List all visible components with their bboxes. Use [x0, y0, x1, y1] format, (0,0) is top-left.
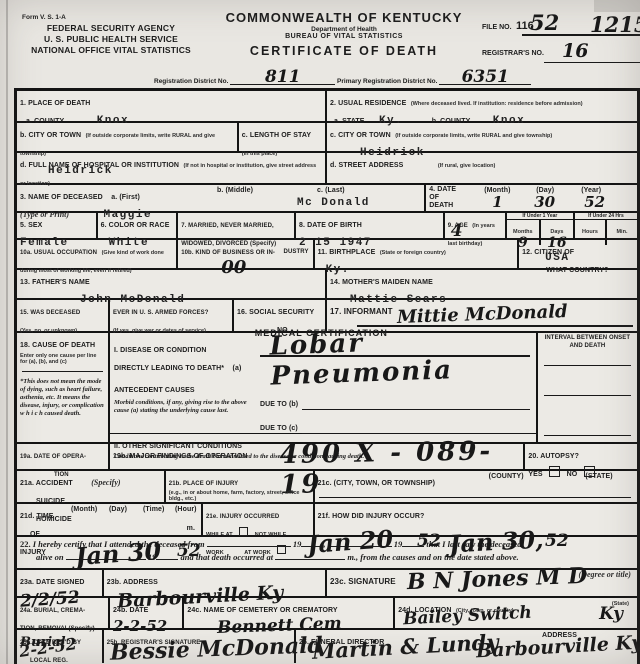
row-burial: 24a. BURIAL, CREMA- TION, REMOVAL(Specif… [17, 598, 637, 630]
mother-label: 14. MOTHER'S MAIDEN NAME [330, 279, 433, 286]
last-name-value: Mc Donald [297, 197, 370, 209]
how-injury-label: 21f. HOW DID INJURY OCCUR? [318, 513, 425, 520]
registrar-number-line: REGISTRAR'S NO. 16 [482, 42, 632, 68]
time-injury-label: 21d. TIME [20, 513, 54, 520]
a-tag: (a) [233, 365, 242, 372]
field-age-under-1yr: If Under 1 Year Months 9 Days 16 [507, 213, 575, 238]
field-burial-type: 24a. BURIAL, CREMA- TION, REMOVAL(Specif… [17, 598, 110, 628]
field-signature: 23c. SIGNATURE (Degree or title) B N Jon… [327, 570, 637, 596]
cause-a-value: Lobar Pneumonia [269, 322, 537, 391]
file-number-line: FILE NO. 116 52 1215 [482, 16, 632, 40]
agency-line-2: U. S. PUBLIC HEALTH SERVICE [16, 34, 206, 45]
under-24h-label: If Under 24 Hrs [575, 213, 637, 220]
row-operation-autopsy: 19a. DATE OF OPERA- TION 19b. MAJOR FIND… [17, 444, 637, 471]
field-address-signed: 23b. ADDRESS Barbourville Ky [104, 570, 327, 596]
medcert-morbid: Morbid conditions, if any, giving rise t… [110, 397, 536, 433]
field-mother-name: 14. MOTHER'S MAIDEN NAME Mattie Sears [327, 270, 637, 298]
field-birthplace: 11. BIRTHPLACE (State or foreign country… [315, 240, 520, 268]
accident-label: 21a. ACCIDENT [20, 480, 73, 487]
row-registrar-funeral: 25a. DATE REC'D BY LOCAL REG. 2-2-52 25b… [17, 630, 637, 663]
name-label: 3. NAME OF DECEASED [20, 194, 103, 201]
field-date-of-operation: 19a. DATE OF OPERA- TION [17, 444, 110, 469]
section-usual-residence: 2. USUAL RESIDENCE (Where deceased lived… [327, 91, 637, 183]
signature-label: 23c. SIGNATURE [330, 577, 396, 586]
time-day-label: (Day) [109, 506, 127, 514]
field-occupation: 10a. USUAL OCCUPATION (Give kind of work… [17, 240, 178, 268]
field-autopsy: 20. AUTOPSY? YES NO [525, 444, 637, 469]
interval-label: INTERVAL BETWEEN ONSET AND DEATH [541, 334, 634, 350]
field-residence-state-county: 2. USUAL RESIDENCE (Where deceased lived… [327, 91, 637, 123]
bureau-subtitle: BUREAU OF VITAL STATISTICS [204, 33, 484, 40]
row-signature: 23a. DATE SIGNED 2/2/52 23b. ADDRESS Bar… [17, 570, 637, 598]
section-medcert-body: MEDICAL CERTIFICATION I. DISEASE OR COND… [110, 333, 538, 442]
last-label: c. (Last) [317, 187, 345, 195]
sex-label: 5. SEX [20, 222, 42, 229]
injury-state-label: (STATE) [585, 473, 612, 481]
date-recd-value: 2-2-52 [18, 634, 78, 661]
registrar-sig-value: Bessie McDonald [109, 632, 323, 664]
certify-from-value: Jan 20 [306, 524, 394, 559]
dept-subtitle: Department of Health [204, 26, 484, 33]
burial-label-1: 24a. BURIAL, CREMA- [20, 608, 85, 614]
document-header: Form V. S. 1-A FEDERAL SECURITY AGENCY U… [14, 6, 634, 88]
registration-district-line: Registration District No. 811 Primary Re… [154, 70, 624, 85]
file-no-handwritten-1: 52 [530, 10, 559, 35]
file-registrar-block: FILE NO. 116 52 1215 REGISTRAR'S NO. 16 [482, 16, 632, 68]
due-c-underline [302, 433, 530, 434]
field-date-signed: 23a. DATE SIGNED 2/2/52 [17, 570, 104, 596]
certify-no: 22. [20, 539, 31, 549]
field-time-of-injury: 21d. TIME (Month) (Day) (Time) (Hour) OF… [17, 504, 203, 535]
dob-label: 8. DATE OF BIRTH [299, 222, 362, 229]
res-city-label: c. CITY OR TOWN [330, 132, 391, 139]
injury-occurred-label: 21e. INJURY OCCURRED [206, 514, 279, 520]
primary-reg-label: Primary Registration District No. [337, 78, 437, 85]
field-date-of-death: 4. DATE OF DEATH (Month) (Day) (Year) 1 … [426, 185, 637, 211]
primary-reg-value: 6351 [439, 70, 531, 85]
armed-forces-label: EVER IN U. S. ARMED FORCES? [113, 310, 209, 316]
autopsy-label: 20. AUTOPSY? [528, 453, 579, 460]
field-father-name: 13. FATHER'S NAME John McDonald [17, 270, 327, 298]
field-registrar-signature: 25b. REGISTRAR'S SIGNATURE Bessie McDona… [104, 630, 296, 663]
row-place-residence: 1. PLACE OF DEATH a. COUNTY Knox b. CITY… [17, 91, 637, 185]
due-to-b-label: DUE TO (b) [260, 401, 298, 409]
hospital-label: d. FULL NAME OF HOSPITAL OR INSTITUTION [20, 162, 179, 169]
certify-yr3-value: 52 [177, 541, 201, 561]
antecedent-label: ANTECEDENT CAUSES [114, 387, 195, 394]
agency-line-1: FEDERAL SECURITY AGENCY [16, 23, 206, 34]
length-of-stay-label: c. LENGTH OF STAY [242, 132, 311, 139]
section-cause-of-death: 18. CAUSE OF DEATH Enter only one cause … [17, 333, 110, 442]
disease-label-1: I. DISEASE OR CONDITION [114, 347, 207, 354]
registrar-no-value: 16 [562, 40, 588, 62]
certificate-title: CERTIFICATE OF DEATH [204, 44, 484, 58]
date-recd-label-2: LOCAL REG. [30, 658, 68, 664]
field-age-under-24h: If Under 24 Hrs Hours Min. [575, 213, 637, 238]
due-to-c-label: DUE TO (c) [260, 425, 298, 433]
residence-label: 2. USUAL RESIDENCE [330, 100, 406, 107]
race-label: 6. COLOR OR RACE [101, 222, 170, 229]
field-age-years: 9. AGE (In years last birthday) 4 [445, 213, 507, 238]
age-value: 4 [451, 221, 463, 241]
interval-line-1 [544, 365, 631, 366]
field-ssn: 16. SOCIAL SECURITY NO. [234, 300, 327, 331]
operation-date-label: 19a. DATE OF OPERA- [20, 454, 86, 460]
registrar-no-label: REGISTRAR'S NO. [482, 50, 544, 57]
min-label: Min. [616, 229, 627, 235]
interval-line-3 [544, 435, 631, 436]
findings-label: 19b. MAJOR FINDINGS OF OPERATION [113, 453, 248, 460]
certify-alive-value: Jan 30 [74, 536, 162, 571]
certify-yr-1: 19 [293, 539, 302, 549]
marital-label-1: 7. MARRIED, NEVER MARRIED, [181, 223, 274, 229]
certify-yr2-value: 52 [545, 531, 569, 551]
death-certificate-scan: Form V. S. 1-A FEDERAL SECURITY AGENCY U… [0, 0, 640, 664]
funeral-address-value: Barbourville Ky [476, 632, 640, 663]
cause-footnote: *This does not mean the mode of dying, s… [20, 378, 105, 418]
field-street-address: d. STREET ADDRESS (If rural, give locati… [327, 153, 637, 181]
row-occupation-birthplace: 10a. USUAL OCCUPATION (Give kind of work… [17, 240, 637, 270]
field-sex: 5. SEX Female [17, 213, 98, 238]
field-armed-forces: EVER IN U. S. ARMED FORCES? (If yes, giv… [110, 300, 234, 331]
father-label: 13. FATHER'S NAME [20, 279, 90, 286]
residence-note: (Where deceased lived. If institution: r… [411, 101, 583, 107]
morbid-note: Morbid conditions, if any, giving rise t… [114, 399, 254, 415]
birthplace-note: (State or foreign country) [380, 250, 446, 256]
section-interval: INTERVAL BETWEEN ONSET AND DEATH [538, 333, 637, 442]
field-major-findings: 19b. MAJOR FINDINGS OF OPERATION 490 X -… [110, 444, 525, 469]
field-injury-occurred: 21e. INJURY OCCURRED WHILE AT NOT WHILE … [203, 504, 315, 535]
registrar-no-underline [544, 62, 640, 63]
ssn-label-1: 16. SOCIAL SECURITY [237, 309, 314, 316]
place-injury-label: 21b. PLACE OF INJURY [169, 481, 238, 487]
location-state-value: Ky [599, 604, 623, 624]
due-b-underline [302, 409, 530, 410]
dod-year-value: 52 [584, 193, 605, 211]
certify-yr-2: 19 [394, 539, 403, 549]
dod-day-value: 30 [534, 193, 555, 211]
res-city-note: (If outside corporate limits, write RURA… [395, 133, 552, 139]
certify-yr1-value: 52 [417, 531, 441, 551]
cemetery-label: 24c. NAME OF CEMETERY OR CREMATORY [187, 607, 337, 614]
cause-note: Enter only one cause per line for (a), (… [20, 353, 105, 365]
field-length-of-stay: c. LENGTH OF STAY (in this place) [239, 123, 325, 151]
time-m-label: m. [187, 525, 195, 533]
medcert-line-a: I. DISEASE OR CONDITION DIRECTLY LEADING… [110, 333, 536, 375]
row-name-dod: 3. NAME OF DECEASED a. (First) b. (Middl… [17, 185, 637, 213]
agency-block: FEDERAL SECURITY AGENCY U. S. PUBLIC HEA… [16, 23, 206, 56]
hours-label: Hours [582, 229, 598, 235]
field-citizen: 12. CITIZEN OF WHAT COUNTRY? USA [519, 240, 637, 268]
injury-county-label: (COUNTY) [489, 473, 524, 481]
paper-edge [6, 0, 8, 664]
reg-district-value: 811 [230, 70, 335, 85]
place-injury-note: (e.g., in or about home, farm, factory, … [169, 490, 310, 502]
field-cemetery: 24c. NAME OF CEMETERY OR CREMATORY Benne… [184, 598, 395, 628]
field-burial-date: 24b. DATE 2-2-52 [110, 598, 184, 628]
under-1yr-label: If Under 1 Year [507, 213, 573, 220]
injury-location-underline [319, 497, 631, 498]
industry-label-1: 10b. KIND OF BUSINESS OR IN- [181, 250, 275, 256]
certify-from-blank [207, 546, 291, 547]
field-burial-location: 24d. LOCATION (City, town, or county) (S… [395, 598, 637, 628]
reg-district-label: Registration District No. [154, 78, 228, 85]
row-parents: 13. FATHER'S NAME John McDonald 14. MOTH… [17, 270, 637, 300]
field-residence-city: c. CITY OR TOWN (If outside corporate li… [327, 123, 637, 153]
section-place-of-death: 1. PLACE OF DEATH a. COUNTY Knox b. CITY… [17, 91, 327, 183]
informant-label: 17. INFORMANT [330, 307, 393, 316]
city-label: b. CITY OR TOWN [20, 132, 81, 139]
field-city-of-death: b. CITY OR TOWN (If outside corporate li… [17, 123, 239, 151]
address-label: 23b. ADDRESS [107, 579, 158, 586]
field-place-of-injury: 21b. PLACE OF INJURY (e.g., in or about … [166, 471, 315, 502]
citizen-value: USA [545, 252, 569, 264]
place-of-death-label: 1. PLACE OF DEATH [20, 100, 90, 107]
field-name-of-deceased: 3. NAME OF DECEASED a. (First) b. (Middl… [17, 185, 426, 211]
disease-label-2: DIRECTLY LEADING TO DEATH* [114, 365, 224, 372]
occupation-label: 10a. USUAL OCCUPATION [20, 250, 97, 256]
interval-line-2 [544, 395, 631, 396]
certify-to-value: Jan 30, [448, 525, 544, 559]
field-race: 6. COLOR OR RACE White [98, 213, 179, 238]
field-marital-status: 7. MARRIED, NEVER MARRIED, WIDOWED, DIVO… [178, 213, 296, 238]
funeral-director-value: Martin & Lundy [311, 629, 499, 664]
title-block: COMMONWEALTH OF KENTUCKY Department of H… [204, 10, 484, 58]
field-was-deceased: 15. WAS DECEASED (Yes, no, or unknown) [17, 300, 110, 331]
date-signed-label: 23a. DATE SIGNED [20, 579, 85, 586]
agency-line-3: NATIONAL OFFICE VITAL STATISTICS [16, 45, 206, 56]
row-medical-certification: 18. CAUSE OF DEATH Enter only one cause … [17, 333, 637, 444]
industry-label-2: DUSTRY [284, 248, 309, 256]
street-note: (If rural, give location) [438, 163, 495, 169]
document-title: COMMONWEALTH OF KENTUCKY [204, 10, 484, 25]
field-hospital-name: d. FULL NAME OF HOSPITAL OR INSTITUTION … [17, 153, 325, 181]
signature-value: B N Jones M D [407, 563, 588, 595]
row-injury-top: 21a. ACCIDENT (Specify) SUICIDE HOMICIDE… [17, 471, 637, 504]
field-funeral-director: 26. FUNERAL DIRECTOR ADDRESS Martin & Lu… [296, 630, 637, 663]
certify-time-blank [275, 559, 345, 560]
field-accident-suicide: 21a. ACCIDENT (Specify) SUICIDE HOMICIDE [17, 471, 166, 502]
file-no-underline [522, 34, 640, 36]
field-date-received: 25a. DATE REC'D BY LOCAL REG. 2-2-52 [17, 630, 104, 663]
time-time-label: (Time) [143, 506, 164, 514]
burial-date-label: 24b. DATE [113, 607, 148, 614]
row-sex-race-dob-age: 5. SEX Female 6. COLOR OR RACE White 7. … [17, 213, 637, 240]
field-industry: 10b. KIND OF BUSINESS OR IN- DUSTRY 00 [178, 240, 314, 268]
time-hour-label: (Hour) [175, 506, 197, 514]
first-label: a. (First) [111, 194, 140, 201]
was-deceased-label: 15. WAS DECEASED [20, 310, 80, 316]
at-work-checkbox [239, 527, 248, 536]
certify-text-3: alive on [36, 552, 64, 562]
birthplace-label: 11. BIRTHPLACE [318, 249, 376, 256]
street-label: d. STREET ADDRESS [330, 162, 403, 169]
middle-label: b. (Middle) [217, 187, 253, 195]
field-date-of-birth: 8. DATE OF BIRTH 2 15 1947 [296, 213, 445, 238]
time-month-label: (Month) [71, 506, 97, 514]
form-number: Form V. S. 1-A [22, 14, 66, 21]
cause-label: 18. CAUSE OF DEATH [20, 342, 95, 349]
file-no-label: FILE NO. [482, 24, 512, 31]
accident-note: (Specify) [91, 478, 120, 487]
field-injury-location: 21c. (CITY, TOWN, OR TOWNSHIP) (COUNTY) … [315, 471, 637, 502]
field-city-length: b. CITY OR TOWN (If outside corporate li… [17, 123, 325, 153]
injury-city-label: 21c. (CITY, TOWN, OR TOWNSHIP) [318, 480, 435, 487]
field-county-of-death: 1. PLACE OF DEATH a. COUNTY Knox [17, 91, 325, 123]
certificate-form: 1. PLACE OF DEATH a. COUNTY Knox b. CITY… [14, 88, 640, 664]
dod-month-value: 1 [492, 193, 502, 211]
dod-label: 4. DATE OF DEATH [429, 186, 463, 210]
